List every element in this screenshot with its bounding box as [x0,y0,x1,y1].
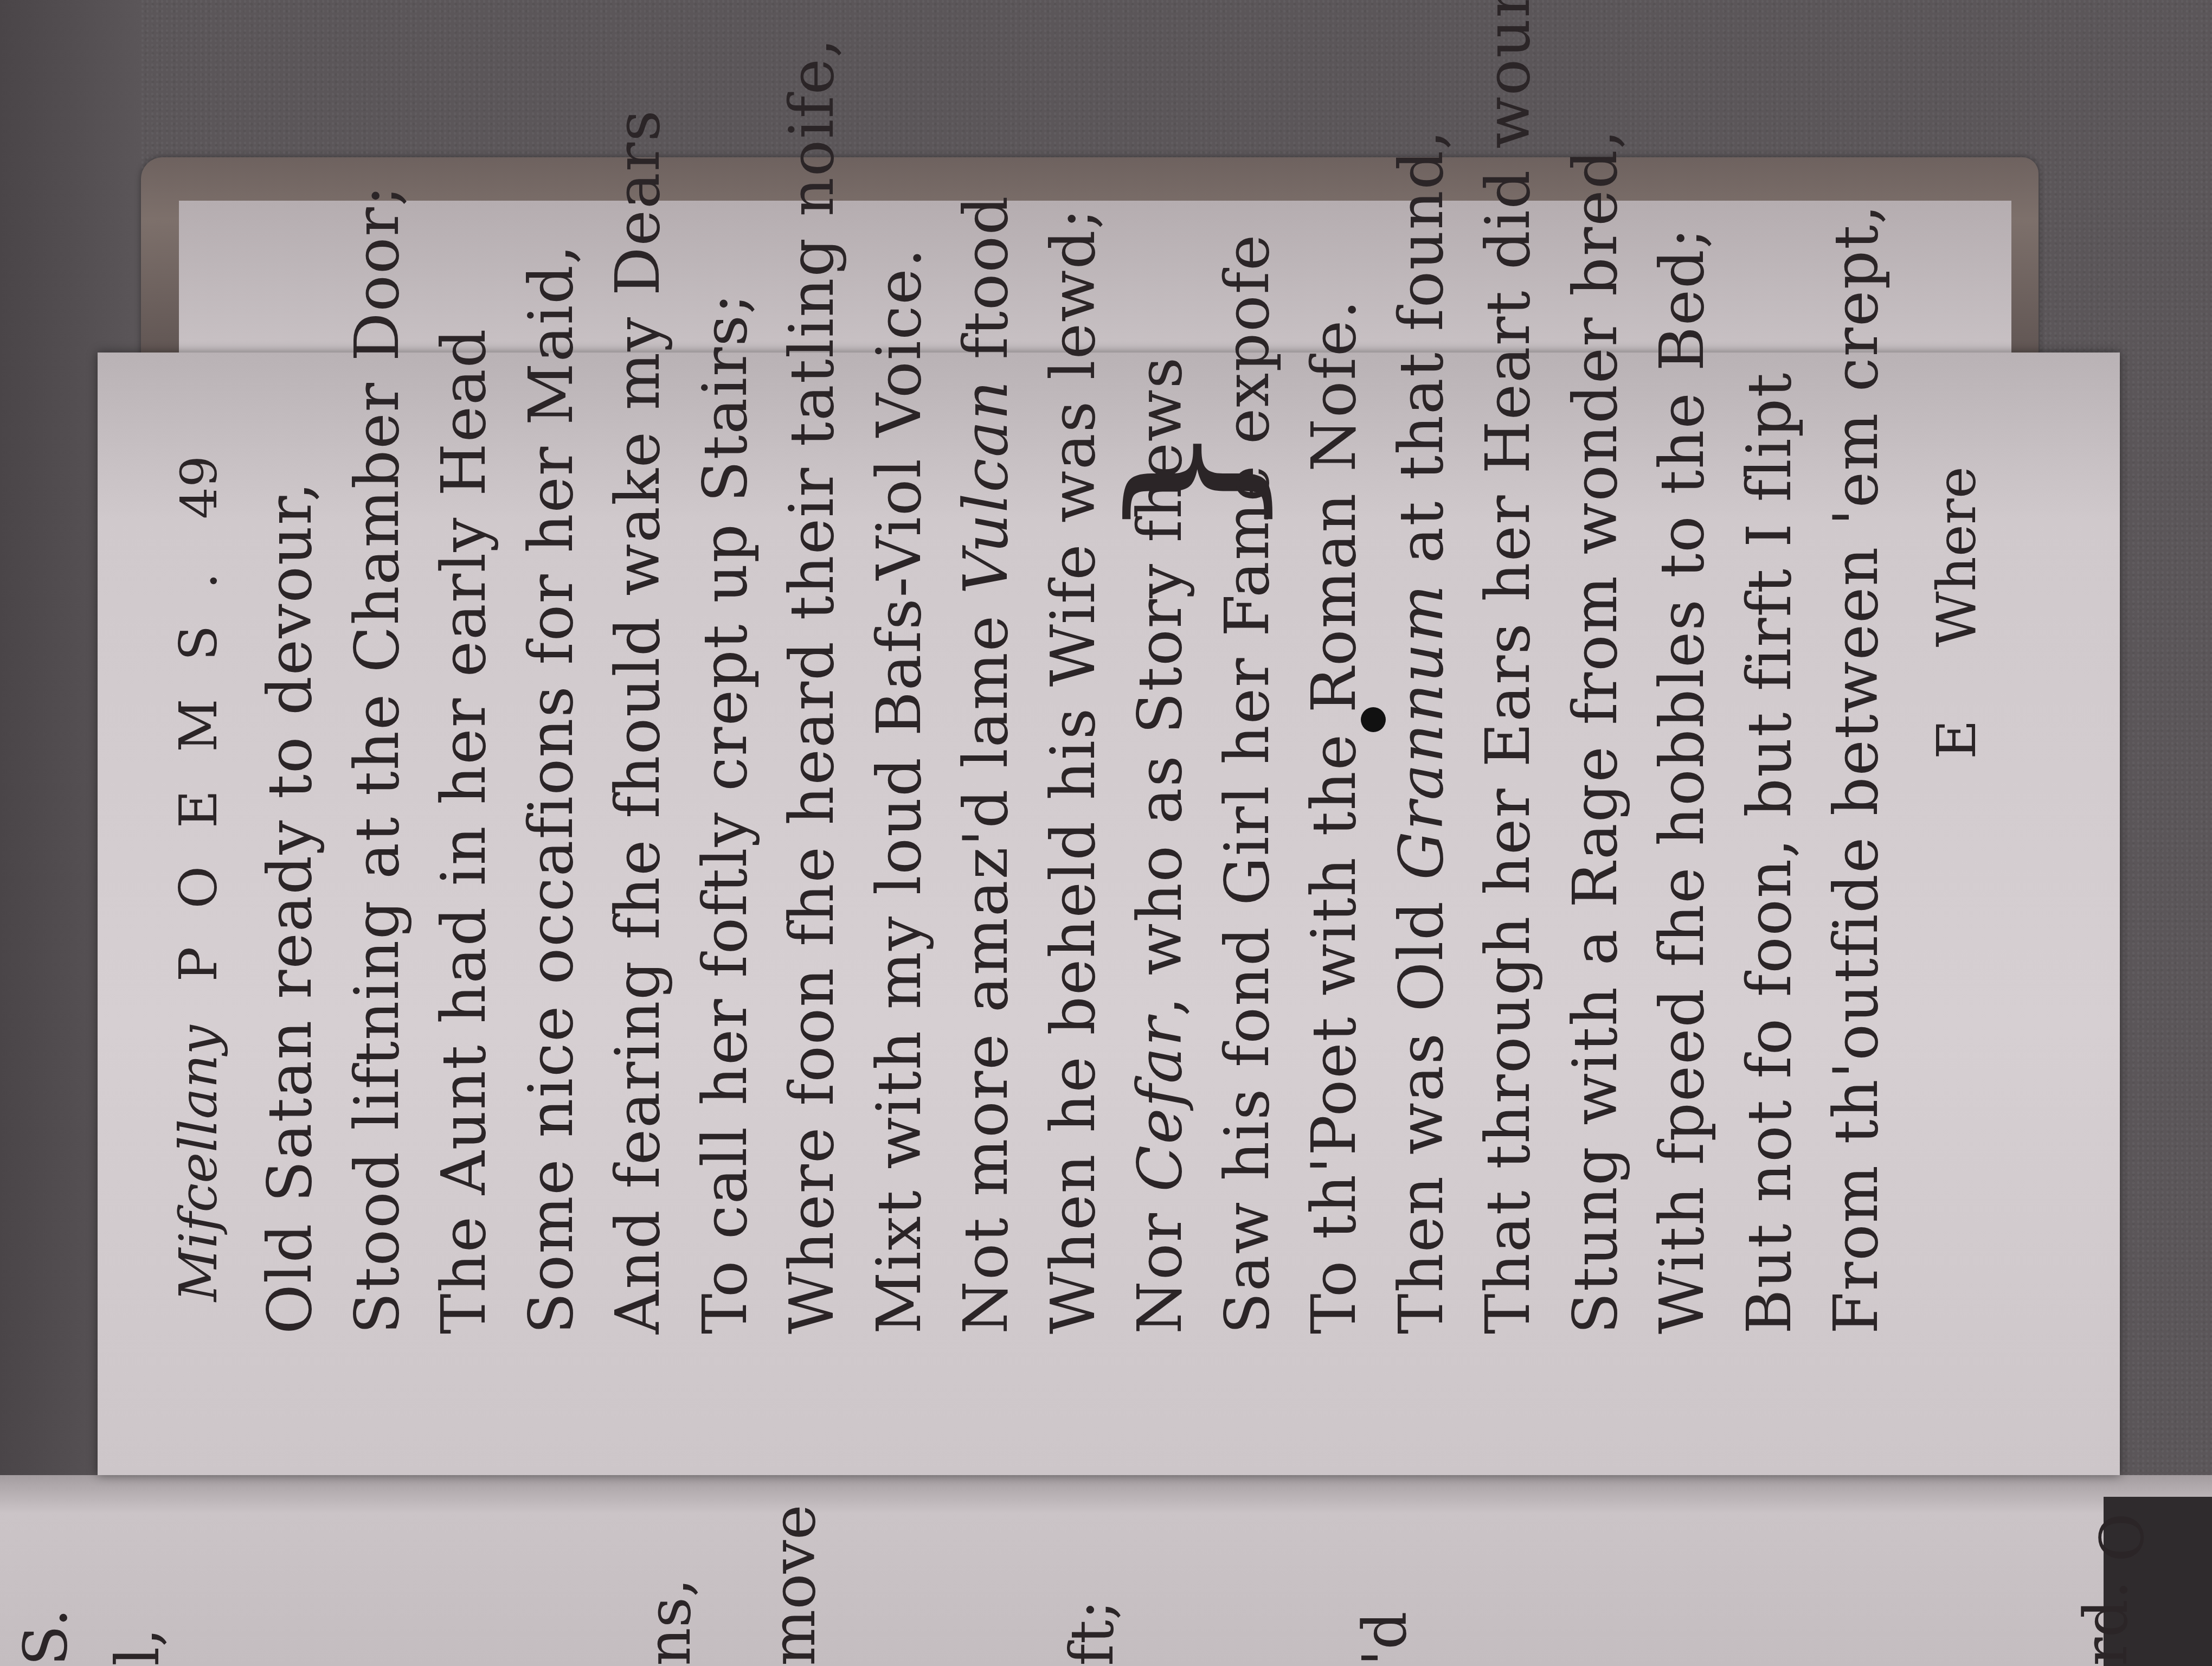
verse-line: But not fo foon, but firft I flipt [1734,434,1822,1334]
verse-line: Nor Cefar, who as Story fhews } [1125,434,1212,1334]
verse-line: Not more amaz'd lame Vulcan ftood [951,434,1038,1334]
page-number: 49 [170,456,228,519]
verse-line: To th'Poet with the Roman Nofe. [1299,434,1386,1334]
italic-name: Grannum [1386,584,1457,880]
verse-line: With fpeed fhe hobbles to the Bed; [1647,434,1734,1334]
verse-line: When he beheld his Wife was lewd; [1038,434,1126,1334]
signature-mark: E [1925,720,1988,759]
page-footer: E Where [1925,434,2006,1334]
verse-line: Stood liftning at the Chamber Door; [342,434,429,1334]
ink-spot [1361,707,1386,732]
book-page: Mifcellany POEMS. 49 Old Satan ready to … [98,353,2120,1475]
verse-line: Then was Old Grannum at that found, [1386,434,1474,1334]
verse-line: The Aunt had in her early Head [429,434,516,1334]
verse-line: Some nice occafions for her Maid, [516,434,603,1334]
facing-page-fragment: l, [103,1628,172,1666]
verse-line: That through her Ears her Heart did woun… [1473,434,1560,1334]
verse-line: From th'outfide between 'em crept, [1821,434,1908,1334]
verse-line: Stung with a Rage from wonder bred, [1560,434,1648,1334]
verse-line: Saw his fond Girl her Fame expofe [1212,434,1300,1334]
catchword: Where [1925,466,1988,647]
running-head: Mifcellany POEMS. 49 [168,434,233,1302]
verse-line: Mixt with my loud Bafs-Viol Voice. [864,434,951,1334]
poem-body: Old Satan ready to devour, Stood liftnin… [255,434,1908,1334]
facing-page-fragment: 'd [1350,1611,1419,1666]
italic-name: Vulcan [951,380,1021,594]
facing-page-fragment: O [2087,1513,2157,1562]
italic-name: Cefar [1125,1016,1195,1192]
verse-line: And fearing fhe fhould wake my Dears [603,434,690,1334]
running-title-italic: Mifcellany [168,1025,229,1302]
facing-page-fragment: ns, [634,1578,704,1666]
facing-page-fragment: rd. [2071,1580,2140,1666]
verse-line: Old Satan ready to devour, [255,434,342,1334]
running-title-caps: POEMS. [168,535,229,982]
verse-line: To call her foftly crept up Stairs; [690,434,777,1334]
facing-page-fragment: ft; [1057,1600,1127,1666]
facing-page-fragment: move [759,1504,828,1666]
facing-page-fragment: S. [11,1609,80,1666]
verse-line: Where foon fhe heard their tatling noife… [777,434,864,1334]
